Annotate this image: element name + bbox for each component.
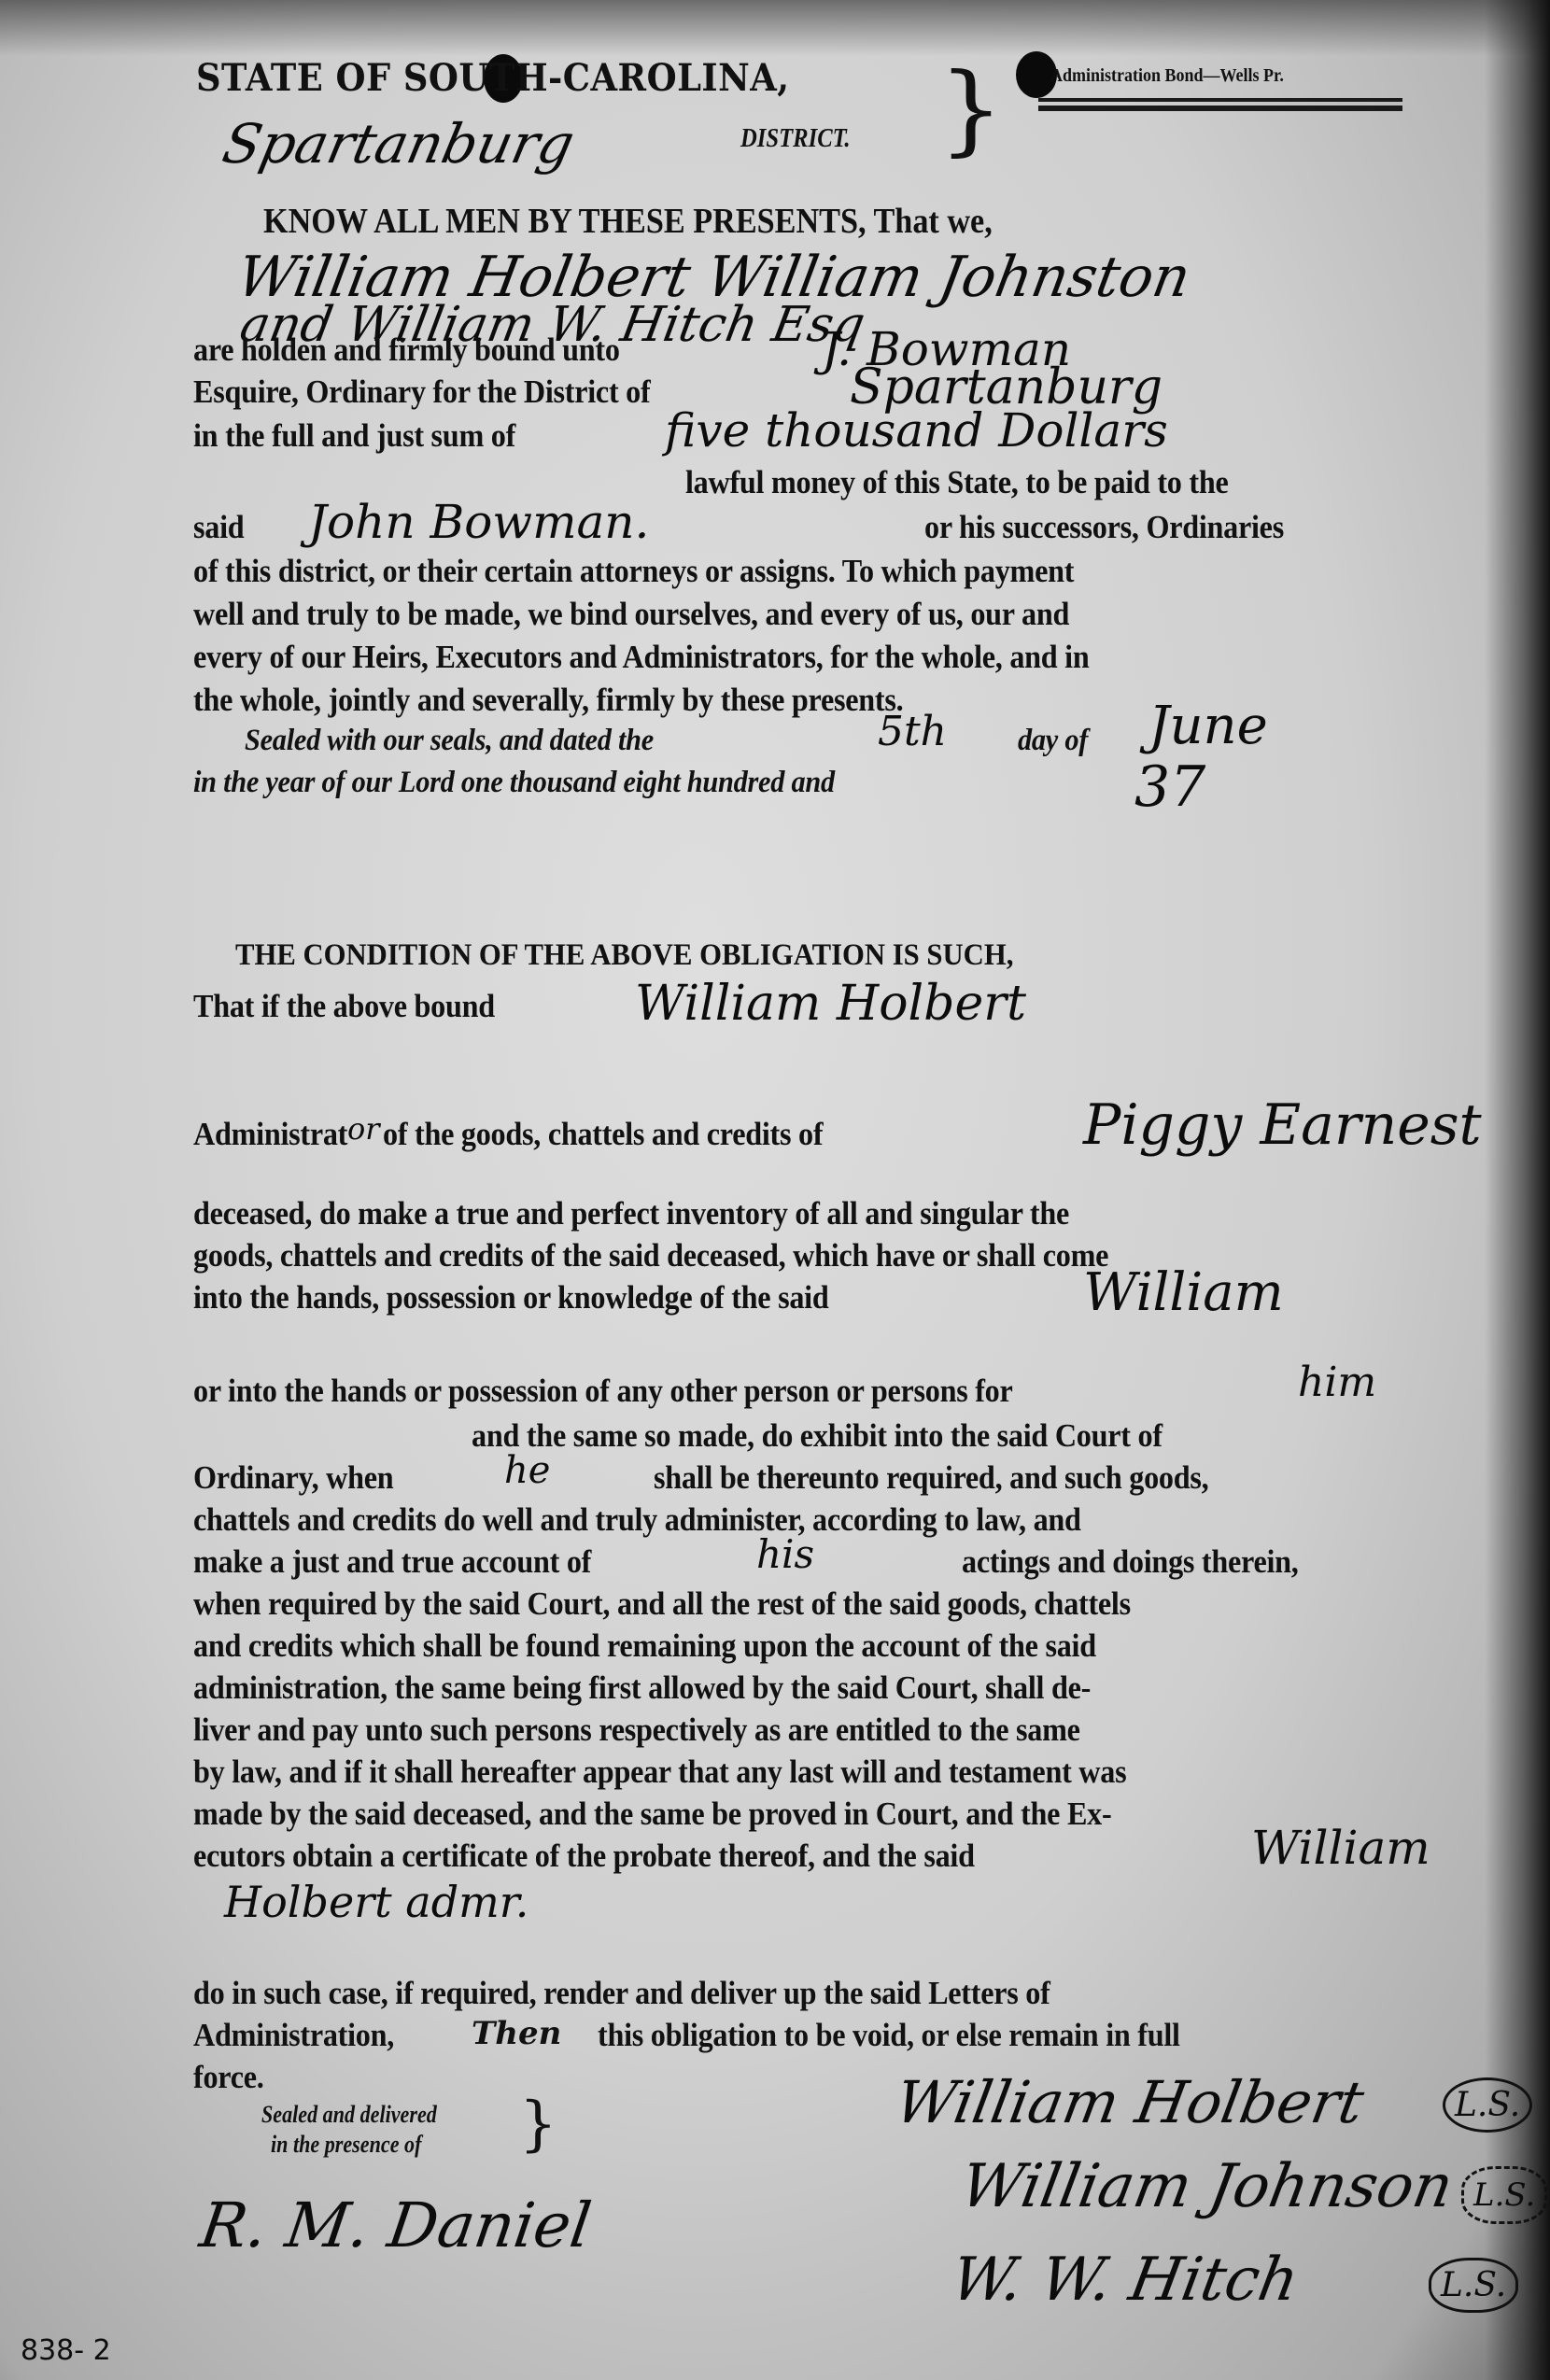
line-chattels: chattels and credits do well and truly a…: [193, 1501, 1081, 1539]
district-label: DISTRICT.: [740, 123, 851, 154]
line-other: or into the hands or possession of any o…: [193, 1373, 1013, 1410]
line-executors: ecutors obtain a certificate of the prob…: [193, 1838, 975, 1875]
account-his: his: [756, 1531, 814, 1577]
bond-line-3: every of our Heirs, Executors and Admini…: [193, 639, 1089, 676]
signer-signature-1: William Holbert: [891, 2068, 1369, 2136]
witness-label-2: in the presence of: [271, 2131, 421, 2159]
line-lawful: lawful money of this State, to be paid t…: [685, 464, 1228, 501]
line-exhibit: and the same so made, do exhibit into th…: [472, 1417, 1162, 1455]
seal-mark-2: L.S.: [1461, 2166, 1547, 2224]
line-hands: into the hands, possession or knowledge …: [193, 1279, 828, 1317]
district-handwritten: Spartanburg: [218, 112, 580, 176]
administrator-name: William Holbert: [635, 976, 1026, 1032]
condition-line-c1: do in such case, if required, render and…: [193, 1975, 1050, 2012]
deceased-name: Piggy Earnest: [1083, 1092, 1482, 1158]
condition-line-a1: deceased, do make a true and perfect inv…: [193, 1195, 1069, 1232]
line-force: force.: [193, 2059, 264, 2096]
seal-mark-3: L.S.: [1429, 2258, 1518, 2313]
condition-line-a2: goods, chattels and credits of the said …: [193, 1237, 1108, 1274]
page-edge-shadow-right: [1485, 0, 1550, 2380]
year-handwritten: 37: [1134, 754, 1205, 820]
executors-name-2: Holbert admr.: [224, 1877, 528, 1927]
signer-signature-3: W. W. Hitch: [946, 2246, 1303, 2315]
condition-line-b4: liver and pay unto such persons respecti…: [193, 1711, 1080, 1749]
archive-number: 838- 2: [21, 2334, 111, 2367]
form-title-rule-1: [1038, 98, 1402, 102]
line-bound: That if the above bound: [193, 988, 495, 1025]
condition-line-b3: administration, the same being first all…: [193, 1669, 1091, 1707]
form-title: Administration Bond—Wells Pr.: [1050, 65, 1284, 87]
state-title: STATE OF SOUTH-CAROLINA,: [196, 56, 789, 100]
bond-line-2: well and truly to be made, we bind ourse…: [193, 596, 1069, 633]
admin-suffix-handwritten: or: [347, 1111, 380, 1147]
condition-heading: THE CONDITION OF THE ABOVE OBLIGATION IS…: [235, 938, 1013, 973]
line-successors: or his successors, Ordinaries: [924, 509, 1284, 546]
other-handwritten: him: [1298, 1359, 1376, 1406]
condition-line-b1: when required by the said Court, and all…: [193, 1585, 1131, 1623]
form-title-rule-2: [1038, 106, 1402, 111]
bond-intro: KNOW ALL MEN BY THESE PRESENTS, That we,: [263, 201, 993, 242]
executors-name-1: William: [1251, 1821, 1430, 1875]
seal-mark-1: L.S.: [1443, 2077, 1532, 2133]
page-edge-shadow-top: [0, 0, 1550, 56]
bond-line-4: the whole, jointly and severally, firmly…: [193, 682, 903, 719]
line-ordinary-prefix: Ordinary, when: [193, 1459, 393, 1497]
sealed-line-2: in the year of our Lord one thousand eig…: [193, 766, 835, 800]
then-blackletter: Then: [472, 2015, 561, 2052]
ordinary-he: he: [504, 1449, 550, 1492]
signer-signature-2: William Johnson: [955, 2152, 1458, 2221]
header-brace: }: [938, 61, 1004, 159]
witness-label-1: Sealed and delivered: [261, 2101, 437, 2129]
line-account-prefix: make a just and true account of: [193, 1543, 591, 1581]
line-account-rest: actings and doings therein,: [962, 1543, 1299, 1581]
day-of: day of: [1018, 724, 1088, 758]
day-handwritten: 5th: [878, 708, 947, 755]
bond-line-1: of this district, or their certain attor…: [193, 553, 1074, 590]
line-admin-then-prefix: Administration,: [193, 2017, 394, 2054]
line-admin-then-rest: this obligation to be void, or else rema…: [598, 2017, 1180, 2054]
month-handwritten: June: [1148, 696, 1268, 756]
hands-name: William: [1083, 1262, 1284, 1323]
condition-line-b2: and credits which shall be found remaini…: [193, 1627, 1096, 1665]
line-holden: are holden and firmly bound unto: [193, 331, 620, 369]
line-ordinary-rest: shall be thereunto required, and such go…: [654, 1459, 1208, 1497]
line-esquire: Esquire, Ordinary for the District of: [193, 373, 650, 411]
document-page: STATE OF SOUTH-CAROLINA, } Spartanburg D…: [0, 0, 1550, 2380]
line-sum: in the full and just sum of: [193, 417, 515, 455]
line-admin-rest: of the goods, chattels and credits of: [383, 1116, 823, 1153]
witness-signature: R. M. Daniel: [196, 2190, 596, 2261]
sum-handwritten: five thousand Dollars: [665, 403, 1168, 458]
payee-name: John Bowman.: [308, 495, 649, 549]
condition-line-b6: made by the said deceased, and the same …: [193, 1796, 1111, 1833]
line-said: said: [193, 509, 244, 546]
sealed-line-1: Sealed with our seals, and dated the: [245, 724, 654, 758]
condition-line-b5: by law, and if it shall hereafter appear…: [193, 1753, 1126, 1791]
line-admin-prefix: Administrat: [193, 1116, 347, 1153]
witness-brace: }: [519, 2091, 557, 2157]
